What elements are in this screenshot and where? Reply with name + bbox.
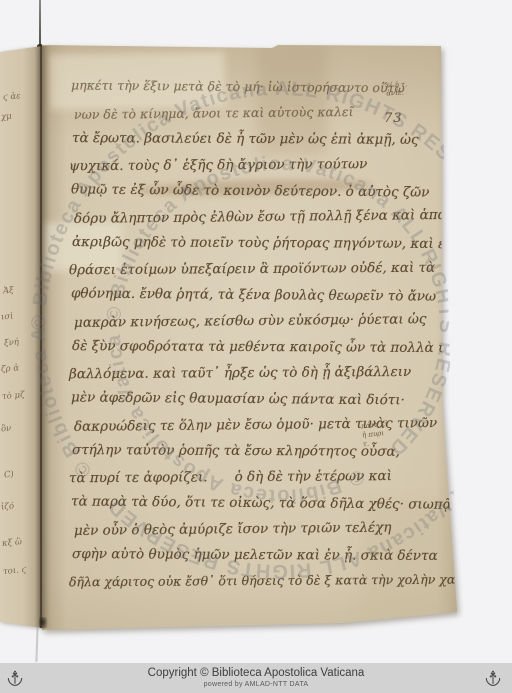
script-line: θυμῷ τε ἐξ ὧν ὧδε τὸ κοινὸν δεύτερον. ὁ … <box>71 176 437 205</box>
folio-number: 73 <box>384 111 403 126</box>
margin-note-right: πάτα εἰἡ πυριτ. <box>361 420 390 450</box>
gutter-shadow <box>40 46 52 628</box>
margin-note-line: ἀνίε. <box>386 88 408 97</box>
footer-copyright: Copyright © Biblioteca Apostolica Vatica… <box>148 667 365 680</box>
script-line: δόρυ ἄληπτον πρὸς ἐλθὼν ἔσω τῇ πολλῇ ξέν… <box>74 202 440 232</box>
script-line: βαλλόμενα. καὶ ταῦτ᾽ ἦρξε ὡς τὸ δὴ ᾗ ἀξι… <box>69 359 435 388</box>
script-line: τὰ πυρί τε ἀφορίζει. ὁ δὴ δὲ τὴν ἑτέρων … <box>69 463 435 492</box>
vatican-library-emblem-icon <box>483 668 503 688</box>
manuscript-photo: ϛ ἀεχμἈξισὶξνήζρ ἀτὸ μζὃνϹ)ἰζόκξ ὣτοι. ϛ… <box>0 0 512 663</box>
script-line: δῆλα χάριτος οὐκ ἔσθ᾽ ὅτι θήσεις τὸ δὲ ξ… <box>69 567 435 596</box>
script-line: ἀκριβῶς μηδὲ τὸ ποιεῖν τοὺς ῥήτορας πηγό… <box>72 229 438 257</box>
script-line: τὰ ἔρωτα. βασιλεύει δὲ ἦ τῶν μὲν ὡς ἐπὶ … <box>72 125 438 153</box>
script-line: θράσει ἑτοίμων ὑπεξαίρειν ἃ προϊόντων οὐ… <box>69 255 435 284</box>
footer-bar: Copyright © Biblioteca Apostolica Vatica… <box>0 663 512 693</box>
script-line: μὲν οὖν ὁ θεὸς ἀμύριζε ἴσον τὴν τριῶν τε… <box>74 514 440 544</box>
manuscript-viewer-page: ϛ ἀεχμἈξισὶξνήζρ ἀτὸ μζὃνϹ)ἰζόκξ ὣτοι. ϛ… <box>0 0 512 693</box>
script-line: μὲν ἀφεδρῶν εἰς θαυμασίαν ὡς πάντα καὶ δ… <box>71 384 437 413</box>
margin-note-top: τί ἡ τ.ἀνίε. <box>386 80 408 97</box>
manuscript-page: μηκέτι τὴν ἕξιν μετὰ δὲ τὸ μή· ἰὼ ἱστορή… <box>42 45 457 630</box>
footer-text: Copyright © Biblioteca Apostolica Vatica… <box>148 667 365 689</box>
script-line: μηκέτι τὴν ἕξιν μετὰ δὲ τὸ μή· ἰὼ ἱστορή… <box>71 72 437 101</box>
script-line: μακρὰν κινήσεως, κείσθω σὺν εὐκόσμῳ· ῥύε… <box>74 306 440 336</box>
script-line: δὲ ξὺν σφοδρότατα τὰ μεθέντα καιροῖς ὧν … <box>72 333 438 361</box>
gutter-bottom-notch <box>39 617 48 630</box>
manuscript-page-wrap: μηκέτι τὴν ἕξιν μετὰ δὲ τὸ μή· ἰὼ ἱστορή… <box>0 0 512 660</box>
script-line: σφὴν αὐτὸ θυμὸς ἡμῶν μελετῶν καὶ ἐν ᾗ. σ… <box>72 541 438 569</box>
script-line: τὰ παρὰ τὰ δύο, ὅτι τε οἰκὼς, τὰ ὅσα δῆλ… <box>71 488 437 517</box>
footer-powered-by: powered by AMLAD-NTT DATA <box>148 680 365 689</box>
script-line: ψυχικά. τοὺς δ᾽ ἑξῆς δὴ ἄγριον τὴν τούτω… <box>69 151 435 180</box>
manuscript-text-block: μηκέτι τὴν ἕξιν μετὰ δὲ τὸ μή· ἰὼ ἱστορή… <box>71 74 437 594</box>
script-line: φθόνημα. ἔνθα ῥητά, τὰ ξένα βουλὰς θεωρε… <box>71 280 437 309</box>
vatican-library-emblem-icon <box>5 668 25 688</box>
